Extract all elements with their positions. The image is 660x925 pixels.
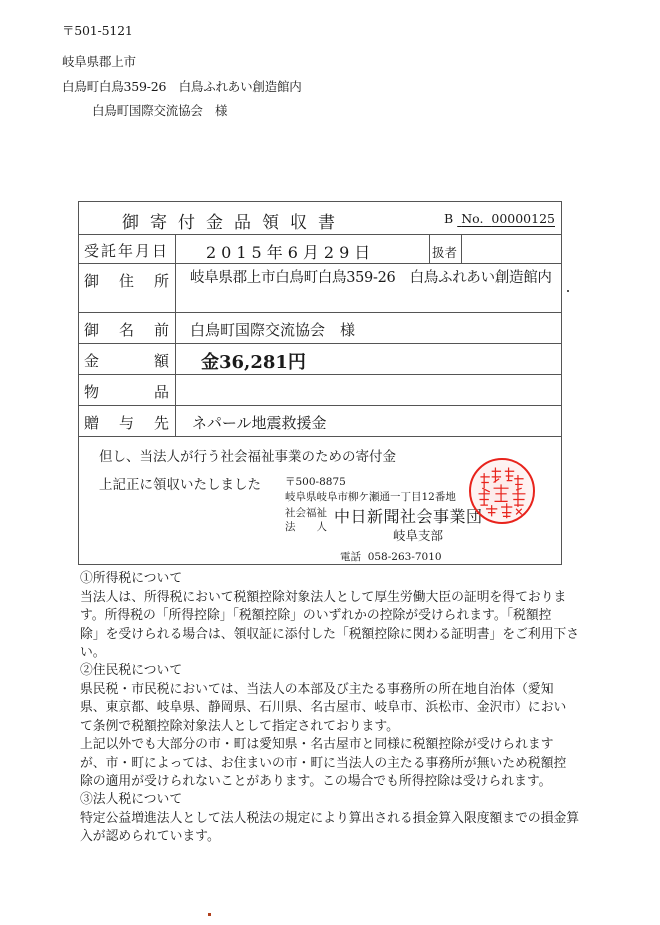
name-label: 御 名 前 (79, 313, 176, 343)
date-label: 受託年月日 (79, 235, 176, 263)
phone-label: 電話 (340, 551, 361, 563)
amount-label-char: 額 (154, 350, 169, 371)
section-line: 除の適用が受けられないことがあります。この場合でも所得控除は受けられます。 (80, 773, 566, 792)
address-label-char: 所 (154, 270, 169, 291)
section-heading: ③法人税について (80, 791, 579, 810)
notes-block: 但し、当法人が行う社会福祉事業のための寄付金 上記正に領収いたしました 〒500… (79, 436, 561, 564)
proviso-text: 但し、当法人が行う社会福祉事業のための寄付金 (99, 445, 396, 465)
goods-label-char: 品 (154, 381, 169, 402)
scan-speck (567, 290, 569, 292)
scan-speck (547, 687, 549, 691)
issuer-branch: 岐阜支部 (393, 526, 443, 544)
receipt-title-row: 御寄付金品領収書 B No. 00000125 (79, 202, 561, 234)
recipient-value: ネパール地震救援金 (176, 406, 561, 436)
goods-row: 物 品 (79, 374, 561, 405)
recipient-postal-code: 〒501-5121 (62, 21, 133, 39)
receipt-date-row: 受託年月日 2015年6月29日 扱者 (79, 234, 561, 263)
receipt-number-underlined: No. 00000125 (457, 211, 555, 226)
tax-section-income: ①所得税について 当法人は、所得税において税額控除対象法人として厚生労働大臣の証… (80, 570, 579, 663)
official-seal-icon (469, 458, 535, 524)
recipient-row: 贈 与 先 ネパール地震救援金 (79, 405, 561, 436)
issuer-name: 中日新聞社会事業団 (334, 504, 483, 527)
amount-label: 金 額 (79, 344, 176, 374)
donor-name-row: 御 名 前 白鳥町国際交流協会 様 (79, 312, 561, 343)
goods-value (176, 375, 561, 405)
section-line: い。 (80, 644, 579, 663)
donor-name-value: 白鳥町国際交流協会 様 (176, 313, 561, 343)
issuer-postal-code: 〒500-8875 (285, 474, 346, 489)
goods-label: 物 品 (79, 375, 176, 405)
address-label: 御 住 所 (79, 264, 176, 312)
section-line: 県、東京都、岐阜県、静岡県、石川県、名古屋市、岐阜市、浜松市、金沢市）におい (80, 699, 566, 718)
recipient-address-line2: 白鳥町白鳥359-26 白鳥ふれあい創造館内 (62, 77, 302, 95)
amount-row: 金 額 金36,281円 (79, 343, 561, 374)
recipient-addressee: 白鳥町国際交流協会 様 (92, 101, 227, 119)
goods-label-char: 物 (84, 381, 99, 402)
tax-section-corporate: ③法人税について 特定公益増進法人として法人税法の規定により算出される損金算入限… (80, 791, 579, 847)
section-line: が、市・町によっては、お住まいの市・町に当法人の主たる事務所が無いため税額控 (80, 755, 566, 774)
section-line: て条例で税額控除対象法人として指定されております。 (80, 718, 566, 737)
name-label-char: 前 (154, 319, 169, 340)
date-label-text: 受託年月日 (84, 240, 169, 261)
recipient-label-char: 贈 (84, 412, 99, 433)
seal-pattern-icon (471, 460, 533, 522)
recipient-address-line1: 岐阜県郡上市 (62, 52, 136, 70)
section-line: す。所得税の「所得控除」「税額控除」のいずれかの控除が受けられます。「税額控 (80, 607, 579, 626)
name-label-char: 御 (84, 319, 99, 340)
receipt-title: 御寄付金品領収書 (122, 208, 346, 233)
receipt-number: B No. 00000125 (444, 211, 555, 226)
date-value: 2015年6月29日 (176, 235, 430, 263)
recipient-label-char: 先 (154, 412, 169, 433)
section-heading: ②住民税について (80, 662, 566, 681)
phone-number: 058-263-7010 (368, 551, 442, 563)
issuer-address: 岐阜県岐阜市柳ケ瀬通一丁目12番地 (285, 489, 456, 504)
section-line: 当法人は、所得税において税額控除対象法人として厚生労働大臣の証明を得ておりま (80, 589, 579, 608)
address-label-char: 御 (84, 270, 99, 291)
donor-address-row: 御 住 所 岐阜県郡上市白鳥町白鳥359-26 白鳥ふれあい創造館内 (79, 263, 561, 312)
amount-value: 金36,281円 (176, 344, 561, 374)
issuer-phone: 電話 058-263-7010 (340, 549, 442, 564)
receipt-number-label: No. (461, 211, 483, 226)
address-label-char: 住 (119, 270, 134, 291)
recipient-label-char: 与 (119, 412, 134, 433)
section-line: 除」を受けられる場合は、領収証に添付した「税額控除に関わる証明書」をご利用下さ (80, 626, 579, 645)
handler-value (462, 235, 561, 263)
amount-label-char: 金 (84, 350, 99, 371)
confirmation-text: 上記正に領収いたしました (99, 473, 261, 493)
handler-label: 扱者 (430, 235, 462, 263)
receipt-series: B (444, 211, 453, 226)
tax-section-resident: ②住民税について 県民税・市民税においては、当法人の本部及び主たる事務所の所在地… (80, 662, 566, 792)
section-line: 特定公益増進法人として法人税法の規定により算出される損金算入限度額までの損金算 (80, 810, 579, 829)
section-line: 県民税・市民税においては、当法人の本部及び主たる事務所の所在地自治体（愛知 (80, 681, 566, 700)
receipt-number-value: 00000125 (491, 211, 555, 226)
donor-address-value: 岐阜県郡上市白鳥町白鳥359-26 白鳥ふれあい創造館内 (176, 264, 561, 312)
issuer-type-line2: 法 人 (285, 519, 327, 534)
scan-speck (208, 913, 211, 916)
name-label-char: 名 (119, 319, 134, 340)
donation-receipt: 御寄付金品領収書 B No. 00000125 受託年月日 2015年6月29日… (78, 201, 562, 565)
section-line: 上記以外でも大部分の市・町は愛知県・名古屋市と同様に税額控除が受けられます (80, 736, 566, 755)
section-heading: ①所得税について (80, 570, 579, 589)
issuer-type-line1: 社会福祉 (285, 505, 327, 520)
section-line: 入が認められています。 (80, 828, 579, 847)
recipient-label: 贈 与 先 (79, 406, 176, 436)
